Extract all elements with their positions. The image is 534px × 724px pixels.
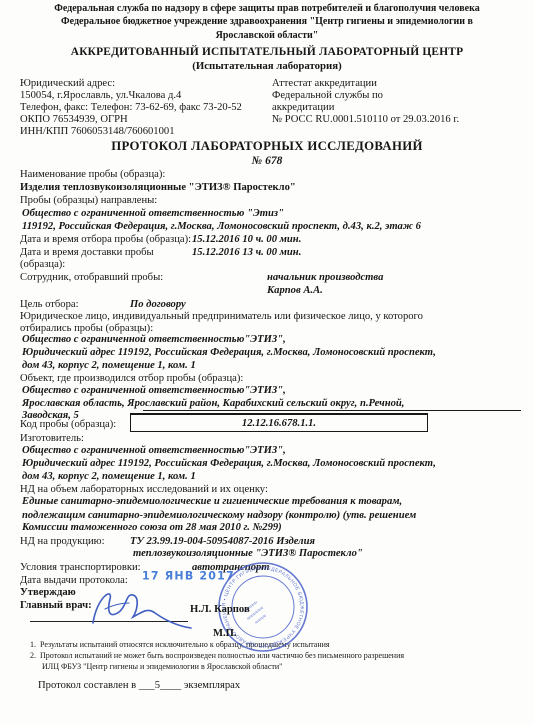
delivery-date-label: Дата и время доставки пробы [20, 247, 154, 258]
lab-center-subtitle: (Испытательная лаборатория) [0, 61, 534, 72]
entity-org: Общество с ограниченной ответственностью… [22, 334, 286, 345]
sent-org: Общество с ограниченной ответственностью… [22, 208, 284, 219]
sent-label: Пробы (образцы) направлены: [20, 195, 157, 206]
footnote-2-continuation: ИЛЦ ФБУЗ "Центр гигиены и эпидемиологии … [42, 663, 282, 671]
sampling-date-value: 15.12.2016 10 ч. 00 мин. [192, 234, 301, 245]
manufacturer-address-2: дом 43, корпус 2, помещение 1, ком. 1 [22, 471, 196, 482]
nd-product-line-1: ТУ 23.99.19-004-50954087-2016 Изделия [130, 536, 315, 547]
code-box: 12.12.16.678.1.1. [130, 413, 428, 432]
employee-position: начальник производства [267, 272, 383, 283]
legal-address-label: Юридический адрес: [20, 78, 115, 89]
nd-scope-line-2: подлежащим санитарно-эпидемиологическому… [22, 510, 416, 521]
protocol-title: ПРОТОКОЛ ЛАБОРАТОРНЫХ ИССЛЕДОВАНИЙ [0, 140, 534, 153]
purpose-label: Цель отбора: [20, 299, 79, 310]
copies-line: Протокол составлен в ___5____ экземпляра… [38, 680, 240, 691]
object-org: Общество с ограниченной ответственностью… [22, 385, 286, 396]
code-value: 12.12.16.678.1.1. [242, 418, 316, 429]
manufacturer-label: Изготовитель: [20, 433, 84, 444]
agency-line-1: Федеральная служба по надзору в сфере за… [0, 4, 534, 15]
chief-doctor-signature [85, 585, 195, 630]
code-box-top-rule [143, 410, 521, 411]
nd-scope-label: НД на объем лабораторных исследований и … [20, 484, 268, 495]
accreditation-line-3: аккредитации [272, 102, 334, 113]
legal-address: 150054, г.Ярославль, ул.Чкалова д.4 [20, 90, 181, 101]
manufacturer-address-1: Юридический адрес 119192, Российская Фед… [22, 458, 436, 469]
nd-scope-line-3: Комиссии таможенного союза от 28 мая 201… [22, 522, 282, 533]
protocol-number: № 678 [0, 155, 534, 167]
entity-label-2: отбирались пробы (образцы): [20, 323, 153, 334]
footnote-2-number: 2. [30, 651, 36, 660]
sampling-date-label: Дата и время отбора пробы (образца): [20, 234, 191, 245]
accreditation-line-1: Аттестат аккредитации [272, 78, 377, 89]
purpose-value: По договору [130, 299, 186, 310]
object-label: Объект, где производился отбор пробы (об… [20, 373, 243, 384]
entity-address-1: Юридический адрес 119192, Российская Фед… [22, 347, 436, 358]
sent-address: 119192, Российская Федерация, г.Москва, … [22, 221, 421, 232]
accreditation-line-2: Федеральной службы по [272, 90, 383, 101]
code-label: Код пробы (образца): [20, 419, 116, 430]
sample-name-label: Наименование пробы (образца): [20, 169, 165, 180]
sample-name-value: Изделия теплозвукоизоляционные "ЭТИЗ® Па… [20, 182, 296, 193]
seal-place-label: М.П. [213, 628, 237, 639]
phone-fax: Телефон, факс: Телефон: 73-62-69, факс 7… [20, 102, 242, 113]
transport-label: Условия транспортировки: [20, 562, 141, 573]
inn-kpp: ИНН/КПП 7606053148/760601001 [20, 126, 175, 137]
entity-address-2: дом 43, корпус 2, помещение 1, ком. 1 [22, 360, 196, 371]
chief-doctor-label: Главный врач: [20, 600, 92, 611]
employee-label: Сотрудник, отобравший пробы: [20, 272, 163, 283]
okpo-ogrn: ОКПО 76534939, ОГРН [20, 114, 128, 125]
manufacturer-org: Общество с ограниченной ответственностью… [22, 445, 286, 456]
nd-product-label: НД на продукцию: [20, 536, 105, 547]
lab-center-title: АККРЕДИТОВАННЫЙ ИСПЫТАТЕЛЬНЫЙ ЛАБОРАТОРН… [0, 47, 534, 59]
agency-line-2: Федеральное бюджетное учреждение здравоо… [0, 17, 534, 28]
nd-scope-line-1: Единые санитарно-эпидемиологические и ги… [22, 496, 402, 507]
agency-line-3: Ярославской области" [0, 31, 534, 42]
nd-product-line-2: теплозвукоизоляционные "ЭТИЗ® Паростекло… [133, 548, 363, 559]
protocol-document: Федеральная служба по надзору в сфере за… [0, 0, 534, 724]
delivery-date-value: 15.12.2016 13 ч. 00 мин. [192, 247, 301, 258]
entity-label-1: Юридическое лицо, индивидуальный предпри… [20, 311, 423, 322]
employee-name: Карпов А.А. [267, 285, 323, 296]
delivery-date-label-2: (образца): [20, 259, 65, 270]
footnote-1-number: 1. [30, 640, 36, 649]
approve-label: Утверждаю [20, 587, 76, 598]
accreditation-number: № РОСС RU.0001.510110 от 29.03.2016 г. [272, 114, 459, 125]
object-address-1: Ярославская область, Ярославский район, … [22, 398, 404, 409]
chief-doctor-name: Н.Л. Карпов [190, 604, 250, 615]
